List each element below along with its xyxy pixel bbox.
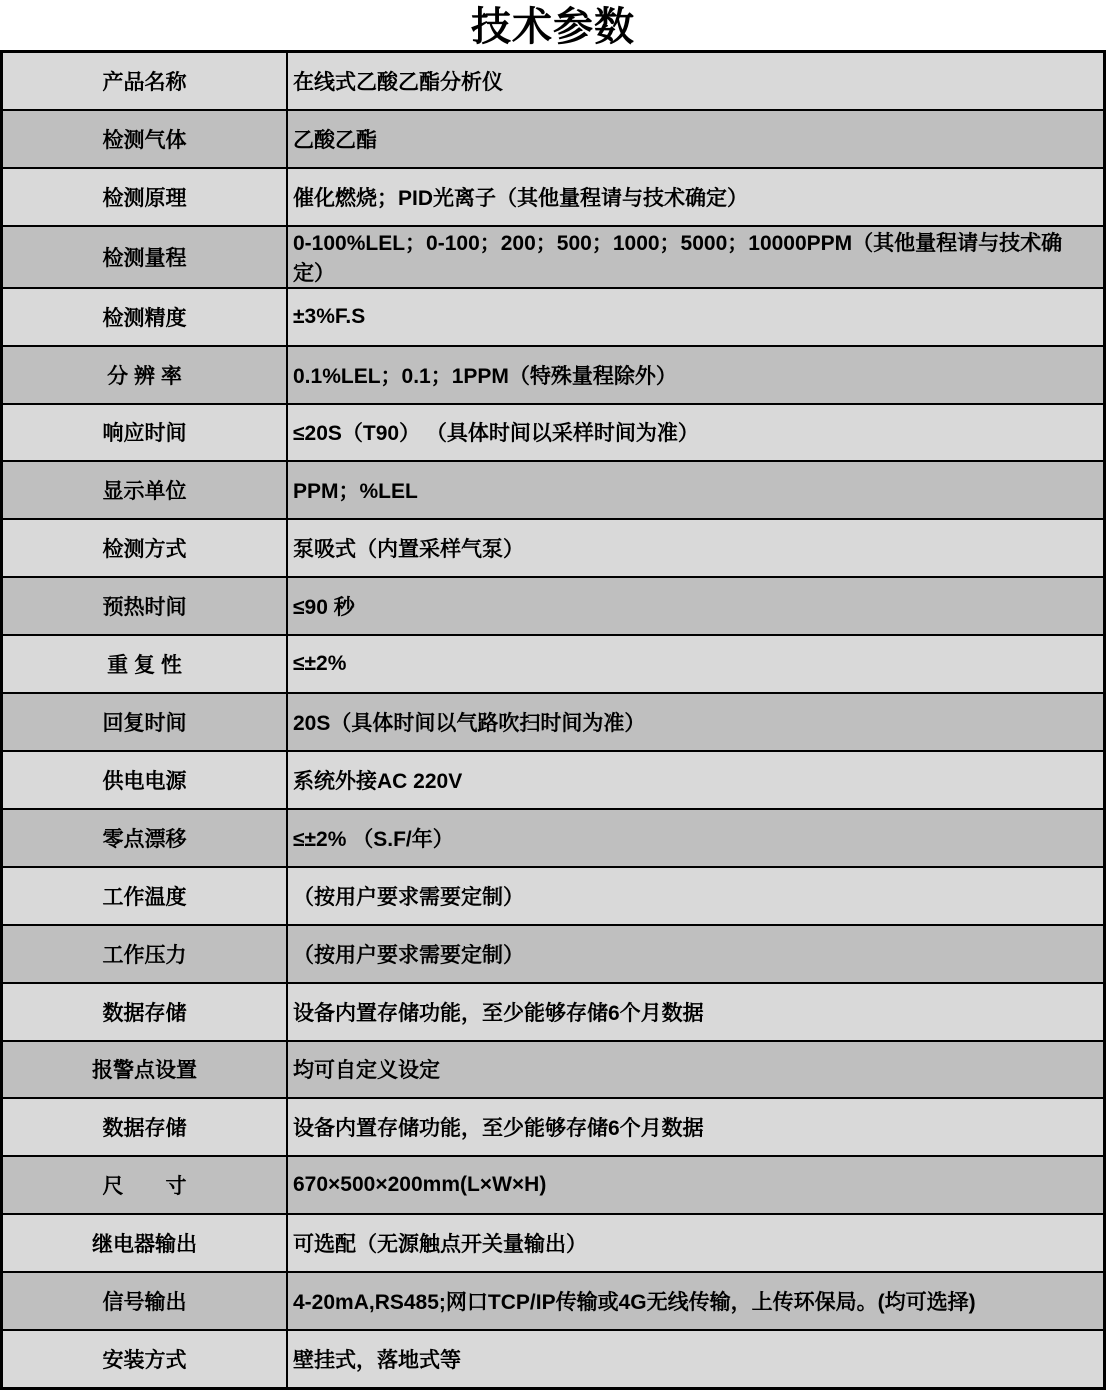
table-row: 零点漂移 ≤±2% （S.F/年） — [3, 810, 1103, 868]
table-row: 产品名称 在线式乙酸乙酯分析仪 — [3, 53, 1103, 111]
param-name-cell: 检测方式 — [3, 520, 288, 576]
table-row: 检测原理 催化燃烧；PID光离子（其他量程请与技术确定） — [3, 169, 1103, 227]
param-value-cell: 670×500×200mm(L×W×H) — [288, 1157, 1103, 1213]
table-row: 响应时间 ≤20S（T90） （具体时间以采样时间为准） — [3, 405, 1103, 463]
table-row: 检测量程 0-100%LEL；0-100；200；500；1000；5000；1… — [3, 227, 1103, 289]
param-name-cell: 检测精度 — [3, 289, 288, 345]
table-row: 报警点设置 均可自定义设定 — [3, 1042, 1103, 1100]
param-value-cell: PPM；%LEL — [288, 462, 1103, 518]
param-value-cell: 0-100%LEL；0-100；200；500；1000；5000；10000P… — [288, 227, 1103, 287]
table-row: 数据存储 设备内置存储功能，至少能够存储6个月数据 — [3, 984, 1103, 1042]
param-value-cell: 4-20mA,RS485;网口TCP/IP传输或4G无线传输，上传环保局。(均可… — [288, 1273, 1103, 1329]
param-name-cell: 检测原理 — [3, 169, 288, 225]
table-row: 回复时间 20S（具体时间以气路吹扫时间为准） — [3, 694, 1103, 752]
param-name-cell: 响应时间 — [3, 405, 288, 461]
param-value-cell: 均可自定义设定 — [288, 1042, 1103, 1098]
param-name-cell: 数据存储 — [3, 984, 288, 1040]
param-value-cell: ≤±2% — [288, 636, 1103, 692]
param-name-cell: 数据存储 — [3, 1099, 288, 1155]
param-value-cell: 设备内置存储功能，至少能够存储6个月数据 — [288, 984, 1103, 1040]
param-name-cell: 检测气体 — [3, 111, 288, 167]
param-value-cell: 可选配（无源触点开关量输出） — [288, 1215, 1103, 1271]
param-name-cell: 显示单位 — [3, 462, 288, 518]
title-bar: 技术参数 — [0, 0, 1106, 50]
param-value-cell: 在线式乙酸乙酯分析仪 — [288, 53, 1103, 109]
param-value-cell: ≤±2% （S.F/年） — [288, 810, 1103, 866]
table-row: 显示单位 PPM；%LEL — [3, 462, 1103, 520]
table-row: 继电器输出 可选配（无源触点开关量输出） — [3, 1215, 1103, 1273]
param-name-cell: 检测量程 — [3, 227, 288, 287]
spec-sheet-page: 技术参数 产品名称 在线式乙酸乙酯分析仪 检测气体 乙酸乙酯 检测原理 催化燃烧… — [0, 0, 1106, 1390]
param-name-cell: 工作压力 — [3, 926, 288, 982]
param-name-cell: 继电器输出 — [3, 1215, 288, 1271]
param-value-cell: 乙酸乙酯 — [288, 111, 1103, 167]
table-row: 安装方式 壁挂式，落地式等 — [3, 1331, 1103, 1387]
param-value-cell: 壁挂式，落地式等 — [288, 1331, 1103, 1387]
param-value-cell: 系统外接AC 220V — [288, 752, 1103, 808]
param-name-cell: 回复时间 — [3, 694, 288, 750]
param-name-cell: 分 辨 率 — [3, 347, 288, 403]
param-value-cell: 泵吸式（内置采样气泵） — [288, 520, 1103, 576]
table-row: 供电电源 系统外接AC 220V — [3, 752, 1103, 810]
table-row: 工作温度 （按用户要求需要定制） — [3, 868, 1103, 926]
table-row: 预热时间 ≤90 秒 — [3, 578, 1103, 636]
table-row: 检测方式 泵吸式（内置采样气泵） — [3, 520, 1103, 578]
param-value-cell: ±3%F.S — [288, 289, 1103, 345]
param-name-cell: 信号输出 — [3, 1273, 288, 1329]
table-row: 分 辨 率 0.1%LEL；0.1；1PPM（特殊量程除外） — [3, 347, 1103, 405]
table-row: 重 复 性 ≤±2% — [3, 636, 1103, 694]
param-name-cell: 供电电源 — [3, 752, 288, 808]
param-name-cell: 工作温度 — [3, 868, 288, 924]
table-row: 数据存储 设备内置存储功能，至少能够存储6个月数据 — [3, 1099, 1103, 1157]
param-value-cell: 催化燃烧；PID光离子（其他量程请与技术确定） — [288, 169, 1103, 225]
table-row: 工作压力 （按用户要求需要定制） — [3, 926, 1103, 984]
param-value-cell: （按用户要求需要定制） — [288, 926, 1103, 982]
param-name-cell: 重 复 性 — [3, 636, 288, 692]
param-name-cell: 安装方式 — [3, 1331, 288, 1387]
page-title: 技术参数 — [471, 3, 635, 47]
param-value-cell: （按用户要求需要定制） — [288, 868, 1103, 924]
param-value-cell: ≤20S（T90） （具体时间以采样时间为准） — [288, 405, 1103, 461]
table-row: 尺 寸 670×500×200mm(L×W×H) — [3, 1157, 1103, 1215]
table-row: 检测精度 ±3%F.S — [3, 289, 1103, 347]
param-value-cell: 20S（具体时间以气路吹扫时间为准） — [288, 694, 1103, 750]
table-row: 信号输出 4-20mA,RS485;网口TCP/IP传输或4G无线传输，上传环保… — [3, 1273, 1103, 1331]
param-name-cell: 预热时间 — [3, 578, 288, 634]
param-name-cell: 报警点设置 — [3, 1042, 288, 1098]
table-row: 检测气体 乙酸乙酯 — [3, 111, 1103, 169]
param-name-cell: 尺 寸 — [3, 1157, 288, 1213]
param-name-cell: 零点漂移 — [3, 810, 288, 866]
spec-table: 产品名称 在线式乙酸乙酯分析仪 检测气体 乙酸乙酯 检测原理 催化燃烧；PID光… — [0, 50, 1106, 1390]
param-value-cell: 设备内置存储功能，至少能够存储6个月数据 — [288, 1099, 1103, 1155]
param-value-cell: 0.1%LEL；0.1；1PPM（特殊量程除外） — [288, 347, 1103, 403]
param-name-cell: 产品名称 — [3, 53, 288, 109]
param-value-cell: ≤90 秒 — [288, 578, 1103, 634]
